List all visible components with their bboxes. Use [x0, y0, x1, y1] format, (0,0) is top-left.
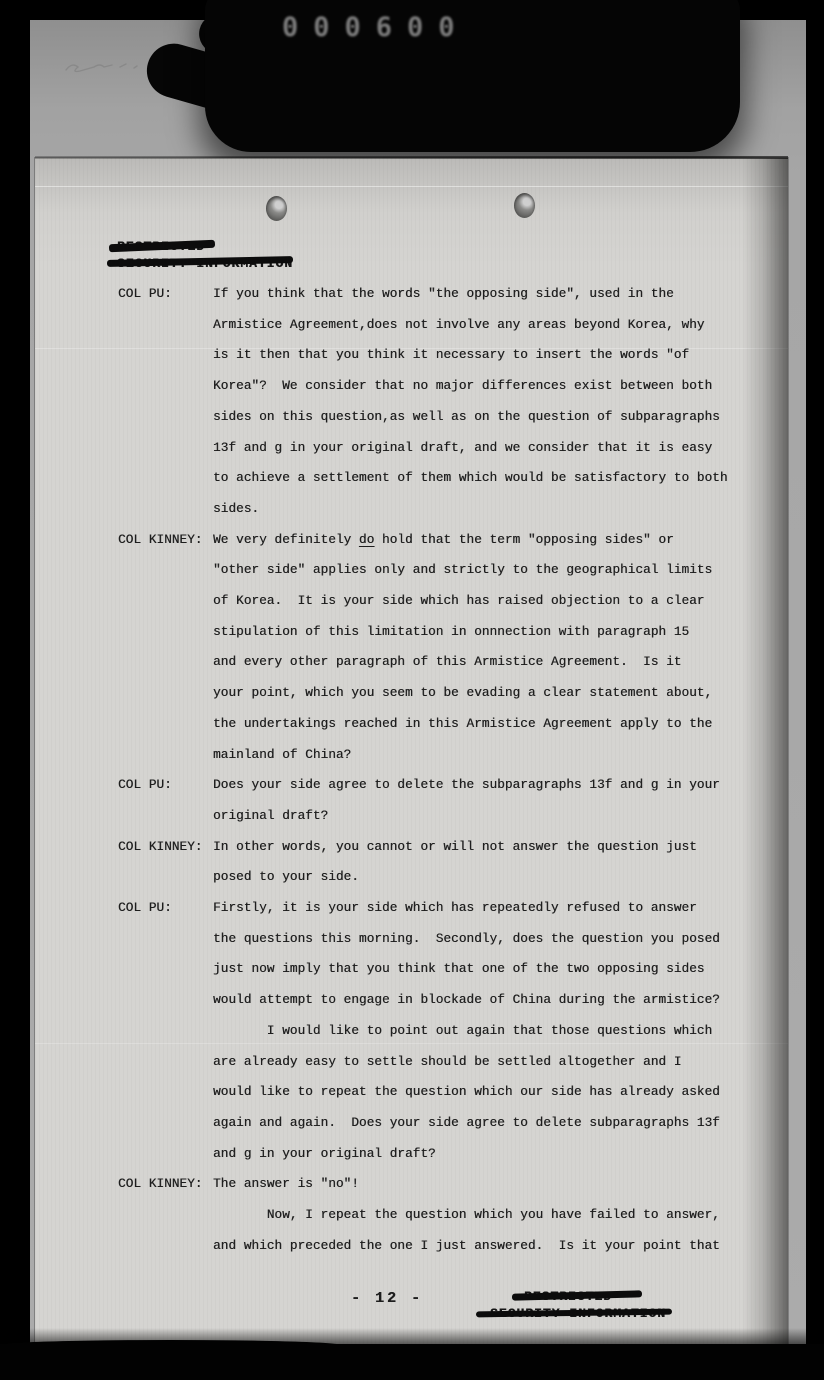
punch-hole	[266, 196, 287, 221]
speaker-label: COL KINNEY:	[118, 525, 213, 556]
classification-stamp-top: RESTRICTED SECURITY INFORMATION	[117, 238, 293, 272]
page-edge-shadow	[742, 158, 788, 1344]
page-number: - 12 -	[351, 1290, 423, 1307]
transcript-line: original draft?	[213, 801, 780, 832]
transcript-line: posed to your side.	[213, 862, 780, 893]
transcript-line: sides.	[213, 494, 780, 525]
transcript-line: Now, I repeat the question which you hav…	[213, 1200, 780, 1231]
transcript-line: Armistice Agreement,does not involve any…	[213, 310, 780, 341]
transcript-line: sides on this question,as well as on the…	[213, 402, 780, 433]
transcript-line: of Korea. It is your side which has rais…	[213, 586, 780, 617]
transcript-line: is it then that you think it necessary t…	[213, 340, 780, 371]
transcript-paragraph: COL KINNEY:We very definitely do hold th…	[118, 525, 780, 771]
transcript-line: to achieve a settlement of them which wo…	[213, 463, 780, 494]
transcript-line: just now imply that you think that one o…	[213, 954, 780, 985]
transcript-line: and every other paragraph of this Armist…	[213, 647, 780, 678]
transcript-paragraph: COL PU:Firstly, it is your side which ha…	[118, 893, 780, 1169]
transcript-line: "other side" applies only and strictly t…	[213, 555, 780, 586]
page-top-edge	[35, 156, 788, 159]
bottom-black-strip	[0, 1344, 824, 1380]
transcript-line: and g in your original draft?	[213, 1139, 780, 1170]
speaker-label: COL KINNEY:	[118, 832, 213, 863]
transcript-line: Korea"? We consider that no major differ…	[213, 371, 780, 402]
transcript-line: We very definitely do hold that the term…	[213, 525, 780, 556]
transcript-line: In other words, you cannot or will not a…	[213, 832, 780, 863]
speaker-label: COL PU:	[118, 279, 213, 310]
transcript-line: and which preceded the one I just answer…	[213, 1231, 780, 1262]
speaker-label: COL KINNEY:	[118, 1169, 213, 1200]
scan-artifact-line	[35, 186, 788, 187]
transcript-line: your point, which you seem to be evading…	[213, 678, 780, 709]
transcript-line: If you think that the words "the opposin…	[213, 279, 780, 310]
classification-stamp-bottom: RESTRICTED SECURITY INFORMATION	[490, 1288, 666, 1322]
speaker-label: COL PU:	[118, 770, 213, 801]
transcript-paragraph: COL PU:Does your side agree to delete th…	[118, 770, 780, 831]
transcript-line: Does your side agree to delete the subpa…	[213, 770, 780, 801]
transcript: COL PU:If you think that the words "the …	[118, 279, 780, 1262]
transcript-line: the undertakings reached in this Armisti…	[213, 709, 780, 740]
transcript-line: are already easy to settle should be set…	[213, 1047, 780, 1078]
punch-hole	[514, 193, 535, 218]
transcript-line: Firstly, it is your side which has repea…	[213, 893, 780, 924]
speaker-label: COL PU:	[118, 893, 213, 924]
transcript-line: would attempt to engage in blockade of C…	[213, 985, 780, 1016]
transcript-line: stipulation of this limitation in onnnec…	[213, 617, 780, 648]
transcript-line: 13f and g in your original draft, and we…	[213, 433, 780, 464]
transcript-paragraph: COL KINNEY:In other words, you cannot or…	[118, 832, 780, 893]
frame-counter-digits: 000600	[282, 12, 470, 43]
transcript-line: the questions this morning. Secondly, do…	[213, 924, 780, 955]
transcript-paragraph: COL PU:If you think that the words "the …	[118, 279, 780, 525]
transcript-line: would like to repeat the question which …	[213, 1077, 780, 1108]
transcript-paragraph: COL KINNEY:The answer is "no"! Now, I re…	[118, 1169, 780, 1261]
transcript-line: The answer is "no"!	[213, 1169, 780, 1200]
transcript-line: I would like to point out again that tho…	[213, 1016, 780, 1047]
transcript-line: mainland of China?	[213, 740, 780, 771]
scanned-document-frame: 000600 RESTRICTED SECURITY INFORMATION C…	[0, 0, 824, 1380]
transcript-line: again and again. Does your side agree to…	[213, 1108, 780, 1139]
document-page: RESTRICTED SECURITY INFORMATION COL PU:I…	[35, 158, 788, 1344]
